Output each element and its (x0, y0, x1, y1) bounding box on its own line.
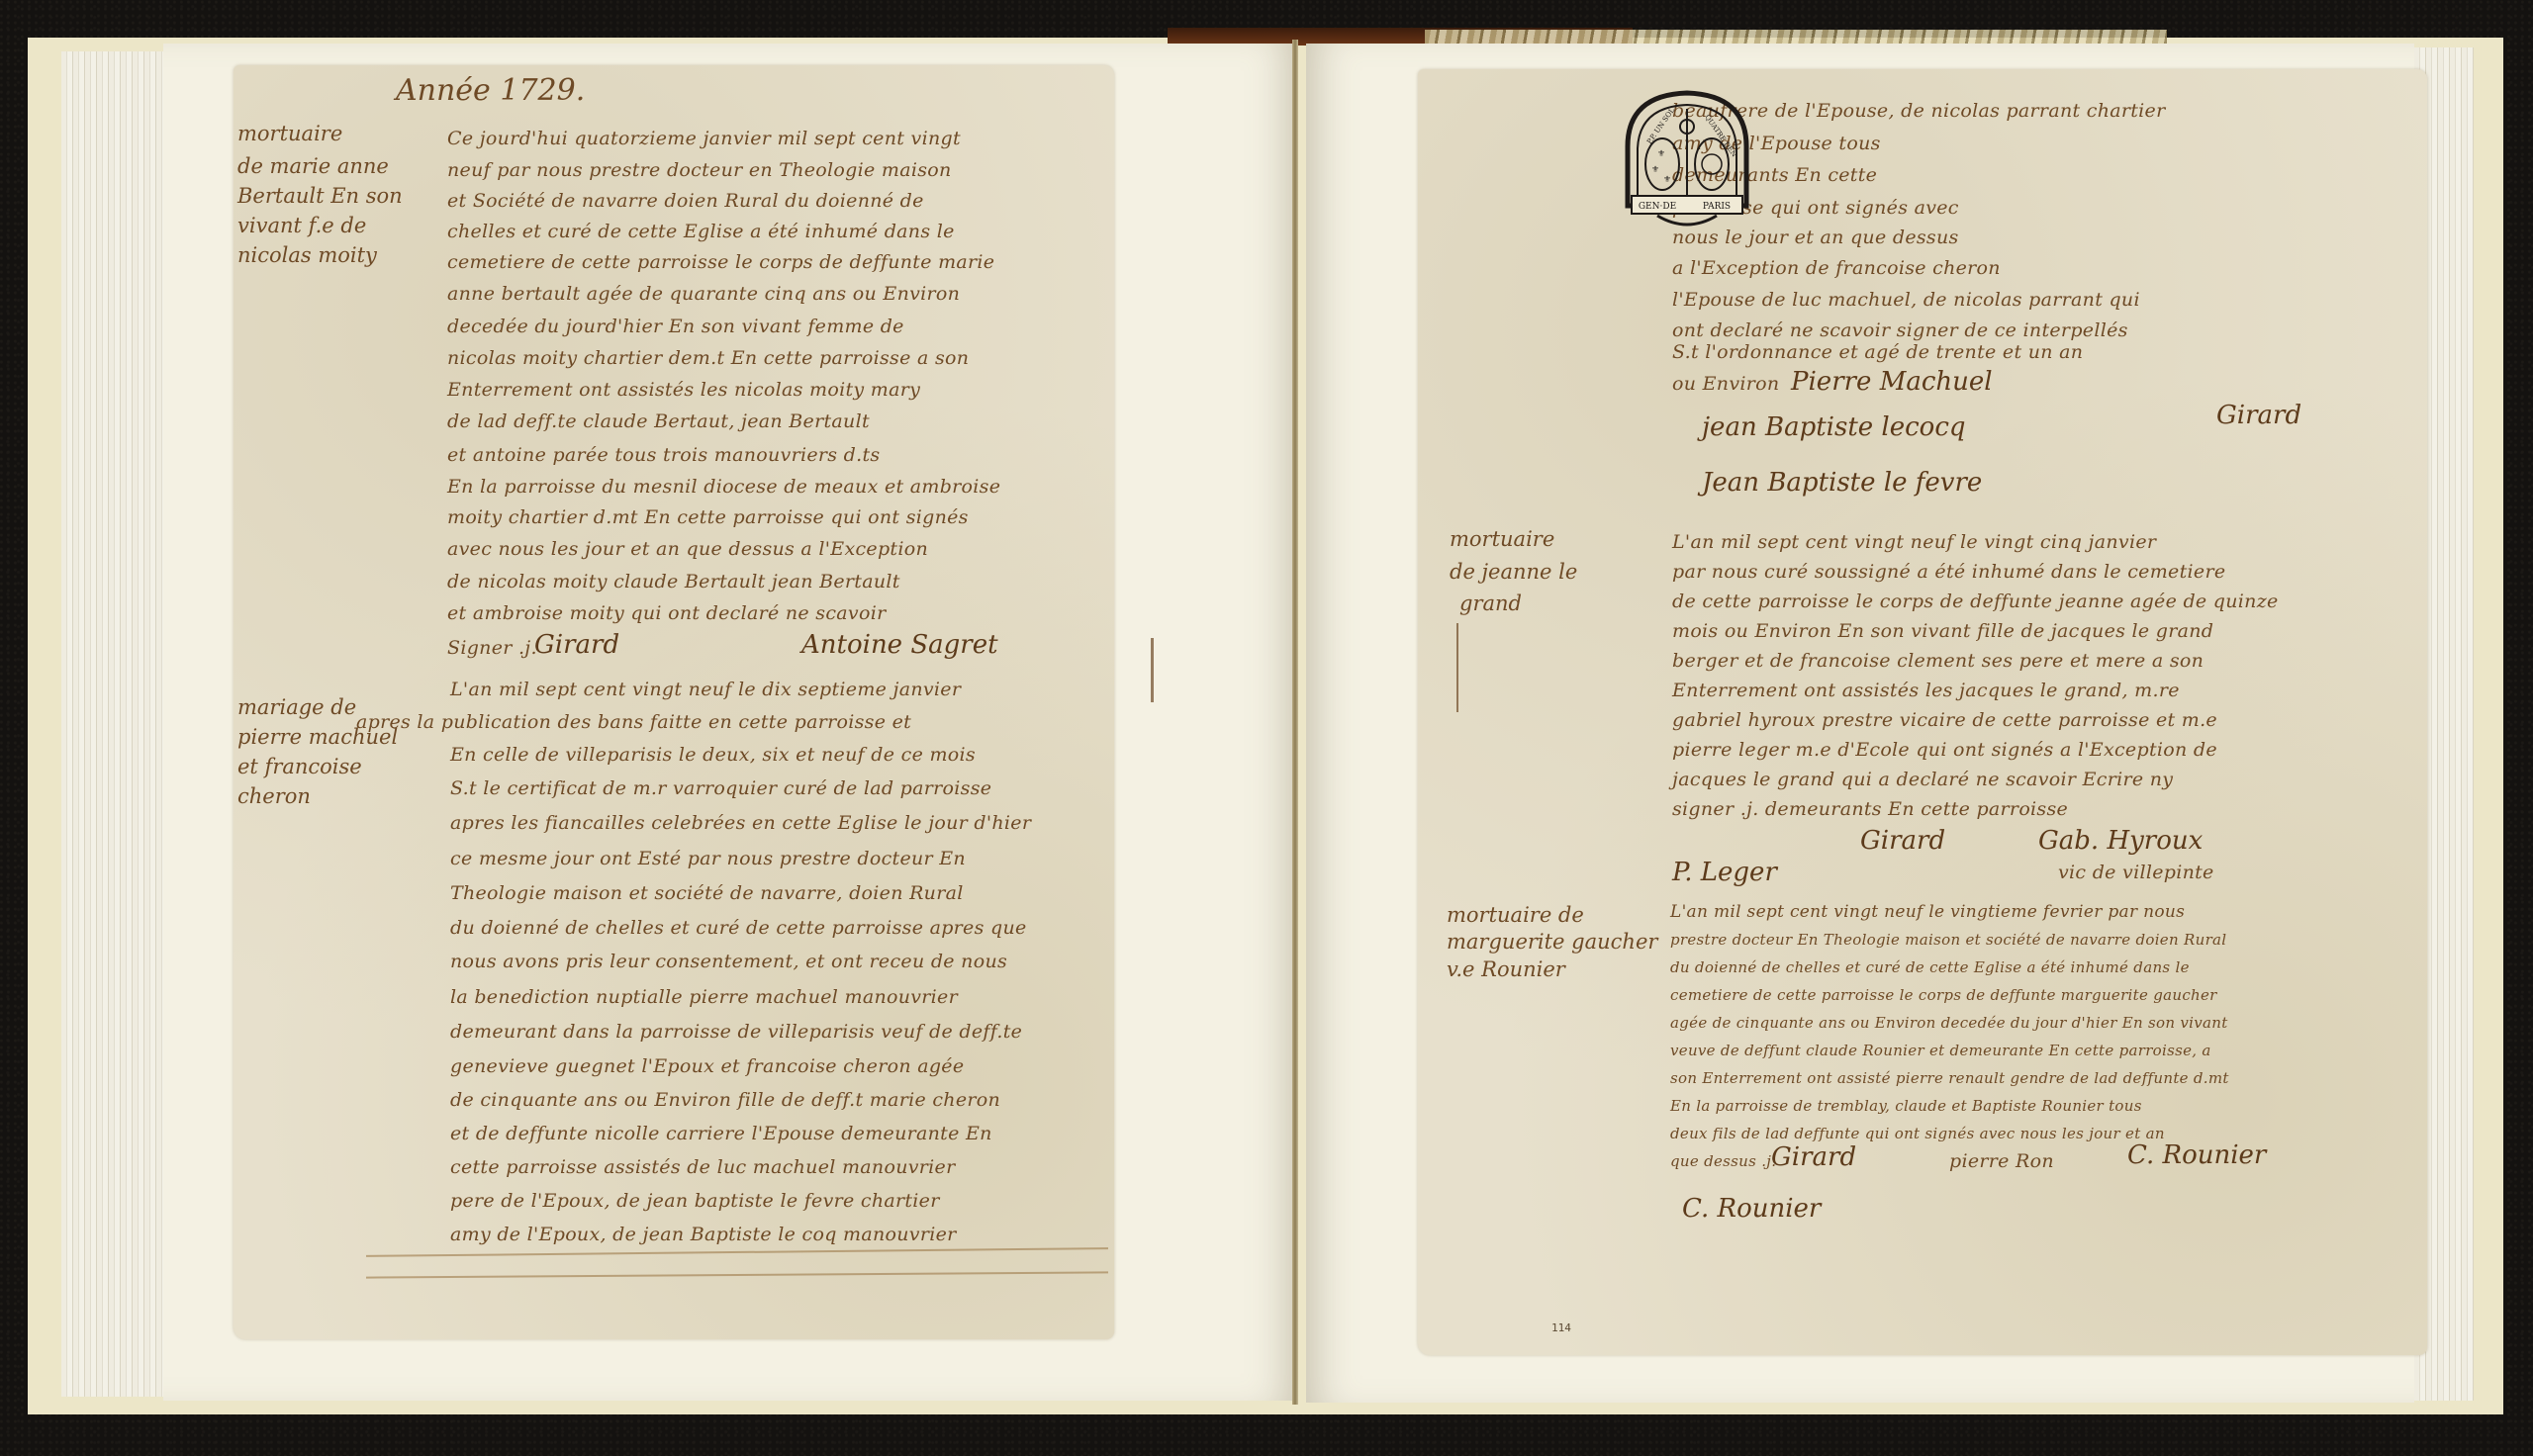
svg-text:⚜: ⚜ (1651, 164, 1659, 174)
tax-stamp: ⚜ ⚜ ⚜ GEN·DE PARIS P.P. UN SOL QUATRE DE… (1618, 87, 1756, 233)
stamp-text-bottom-right: PARIS (1703, 202, 1731, 212)
ink-stroke (1456, 623, 1458, 712)
stamp-text-top-right: QUATRE DEN (1703, 114, 1737, 159)
stamp-text-top-left: P.P. UN SOL (1645, 106, 1676, 145)
marbled-endpaper-top (1425, 30, 2167, 44)
page-edges-left (61, 51, 165, 1397)
svg-text:⚜: ⚜ (1657, 148, 1665, 158)
svg-text:⚜: ⚜ (1663, 174, 1671, 184)
gutter (1292, 40, 1298, 1405)
stamp-text-bottom-left: GEN·DE (1639, 202, 1676, 212)
page-number: 114 (1551, 1321, 1571, 1334)
ink-stroke (1151, 638, 1154, 702)
